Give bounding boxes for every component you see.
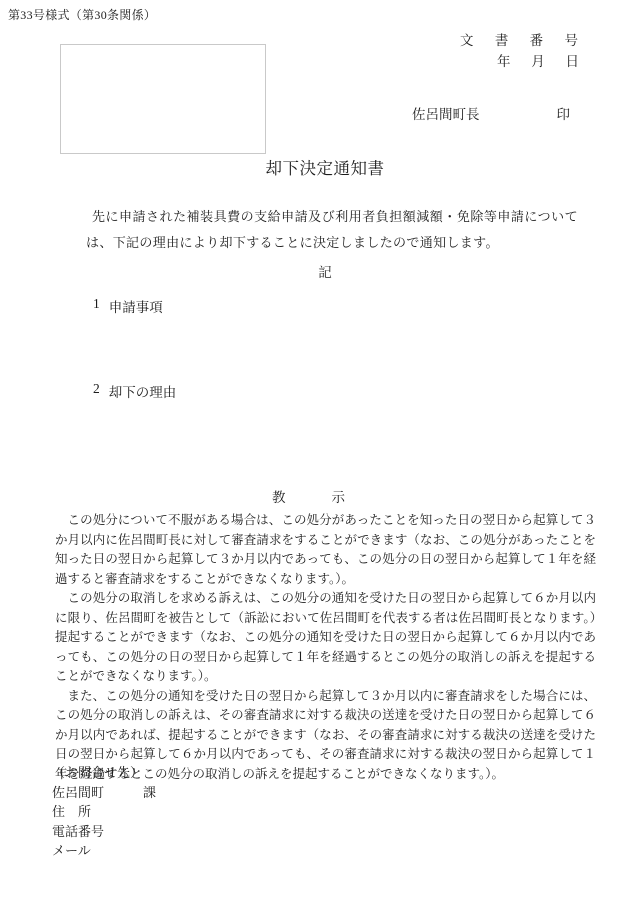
document-number-char: 書 — [495, 29, 509, 49]
section-marker-ki: 記 — [55, 261, 595, 281]
notice-heading-char: 示 — [332, 486, 346, 506]
item-number: 1 — [93, 296, 100, 316]
notice-body: この処分について不服がある場合は、この処分があったことを知った日の翌日から起算し… — [55, 511, 596, 784]
document-number-char: 号 — [564, 29, 578, 49]
contact-town-line: 佐呂間町 課 — [52, 783, 156, 803]
document-number-line: 文 書 番 号 — [460, 29, 578, 49]
document-title: 却下決定通知書 — [55, 155, 595, 179]
item-label: 却下の理由 — [109, 381, 177, 401]
contact-heading: （お問合せ先） — [52, 763, 156, 783]
date-char-day: 日 — [566, 50, 580, 70]
mayor-signature-line: 佐呂間町長 印 — [412, 103, 570, 123]
notice-paragraph-lawsuit: この処分の取消しを求める訴えは、この処分の通知を受けた日の翌日から起算して６か月… — [55, 589, 596, 687]
item-application-details: 1 申請事項 — [93, 296, 163, 316]
item-rejection-reason: 2 却下の理由 — [93, 381, 176, 401]
date-line: 年 月 日 — [497, 50, 579, 70]
seal-mark: 印 — [557, 103, 571, 123]
item-number: 2 — [93, 381, 100, 401]
contact-mail-line: メール — [52, 841, 156, 861]
intro-paragraph: 先に申請された補装具費の支給申請及び利用者負担額減額・免除等申請については、下記… — [86, 204, 578, 256]
notice-paragraph-appeal: この処分について不服がある場合は、この処分があったことを知った日の翌日から起算し… — [55, 511, 596, 589]
date-char-month: 月 — [531, 50, 545, 70]
rejection-notice-document: 第33号様式（第30条関係） 文 書 番 号 年 月 日 佐呂間町長 印 却下決… — [0, 0, 630, 903]
notice-heading-kyoji: 教 示 — [272, 486, 345, 506]
form-number: 第33号様式（第30条関係） — [8, 6, 156, 23]
mayor-title: 佐呂間町長 — [412, 103, 480, 123]
contact-address-line: 住 所 — [52, 802, 156, 822]
item-label: 申請事項 — [109, 296, 163, 316]
recipient-address-box — [60, 44, 266, 154]
contact-section: （お問合せ先） 佐呂間町 課 住 所 電話番号 メール — [52, 763, 156, 861]
contact-phone-line: 電話番号 — [52, 822, 156, 842]
date-char-year: 年 — [497, 50, 511, 70]
document-number-char: 番 — [530, 29, 544, 49]
document-number-char: 文 — [460, 29, 474, 49]
notice-heading-char: 教 — [272, 486, 286, 506]
